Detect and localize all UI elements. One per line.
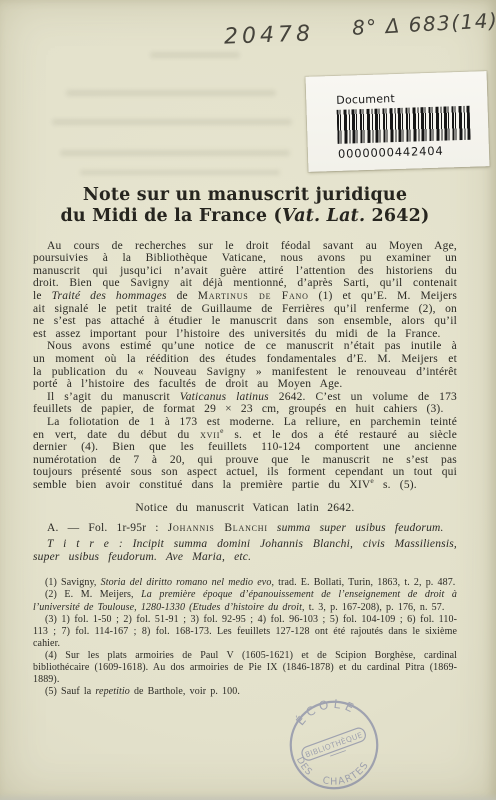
stamp-banner: BIBLIOTHÈQUE bbox=[300, 726, 368, 765]
barcode-icon bbox=[337, 106, 471, 144]
notice-section-heading: Notice du manuscrit Vatican latin 2642. bbox=[33, 502, 457, 514]
barcode-number: 0000000442404 bbox=[338, 142, 489, 161]
body-paragraph: La foliotation de 1 à 173 est moderne. L… bbox=[33, 416, 457, 492]
notice-item-a: A. — Fol. 1r-95r : Johannis Blanchi summ… bbox=[33, 522, 457, 535]
library-stamp: ÉCOLE DES CHARTES BIBLIOTHÈQUE bbox=[279, 690, 389, 800]
body-paragraph: Nous avons estimé qu’une notice de ce ma… bbox=[33, 340, 457, 390]
body-paragraph: Il s’agit du manuscrit Vaticanus latinus… bbox=[33, 391, 457, 416]
bleedthrough-smudge bbox=[60, 150, 290, 156]
bleedthrough-smudge bbox=[80, 170, 280, 175]
bleedthrough-smudge bbox=[52, 119, 292, 125]
handwritten-accession-number: 20478 bbox=[224, 21, 315, 49]
footnote: (1) Savigny, Storia del diritto romano n… bbox=[33, 577, 457, 589]
printed-text-block: Note sur un manuscrit juridique du Midi … bbox=[33, 185, 457, 698]
barcode-label: Document 0000000442404 bbox=[306, 71, 490, 172]
body-paragraph: Au cours de recherches sur le droit féod… bbox=[33, 240, 457, 341]
library-stamp-icon: ÉCOLE DES CHARTES BIBLIOTHÈQUE bbox=[279, 690, 389, 800]
footnote: (4) Sur les plats armoiries de Paul V (1… bbox=[33, 650, 457, 686]
footnote: (5) Sauf la repetitio de Barthole, voir … bbox=[33, 686, 457, 698]
document-title-line2: du Midi de la France (Vat. Lat. 2642) bbox=[60, 206, 429, 226]
document-title-line1: Note sur un manuscrit juridique bbox=[83, 185, 407, 205]
footnote: (3) 1) fol. 1-50 ; 2) fol. 51-91 ; 3) fo… bbox=[33, 614, 457, 650]
handwritten-shelfmark: 8° Δ 683(14) bbox=[351, 8, 496, 40]
document-title: Note sur un manuscrit juridique du Midi … bbox=[33, 185, 457, 228]
footnotes-block: (1) Savigny, Storia del diritto romano n… bbox=[33, 577, 457, 698]
footnote: (2) E. M. Meijers, La première époque d’… bbox=[33, 589, 457, 613]
barcode-label-title: Document bbox=[336, 89, 487, 107]
bleedthrough-smudge bbox=[150, 52, 240, 58]
scanned-document-page: 20478 8° Δ 683(14) Document 000000044240… bbox=[0, 0, 496, 800]
notice-titre-line: T i t r e : Incipit summa domini Johanni… bbox=[33, 538, 457, 563]
bleedthrough-smudge bbox=[66, 90, 276, 96]
